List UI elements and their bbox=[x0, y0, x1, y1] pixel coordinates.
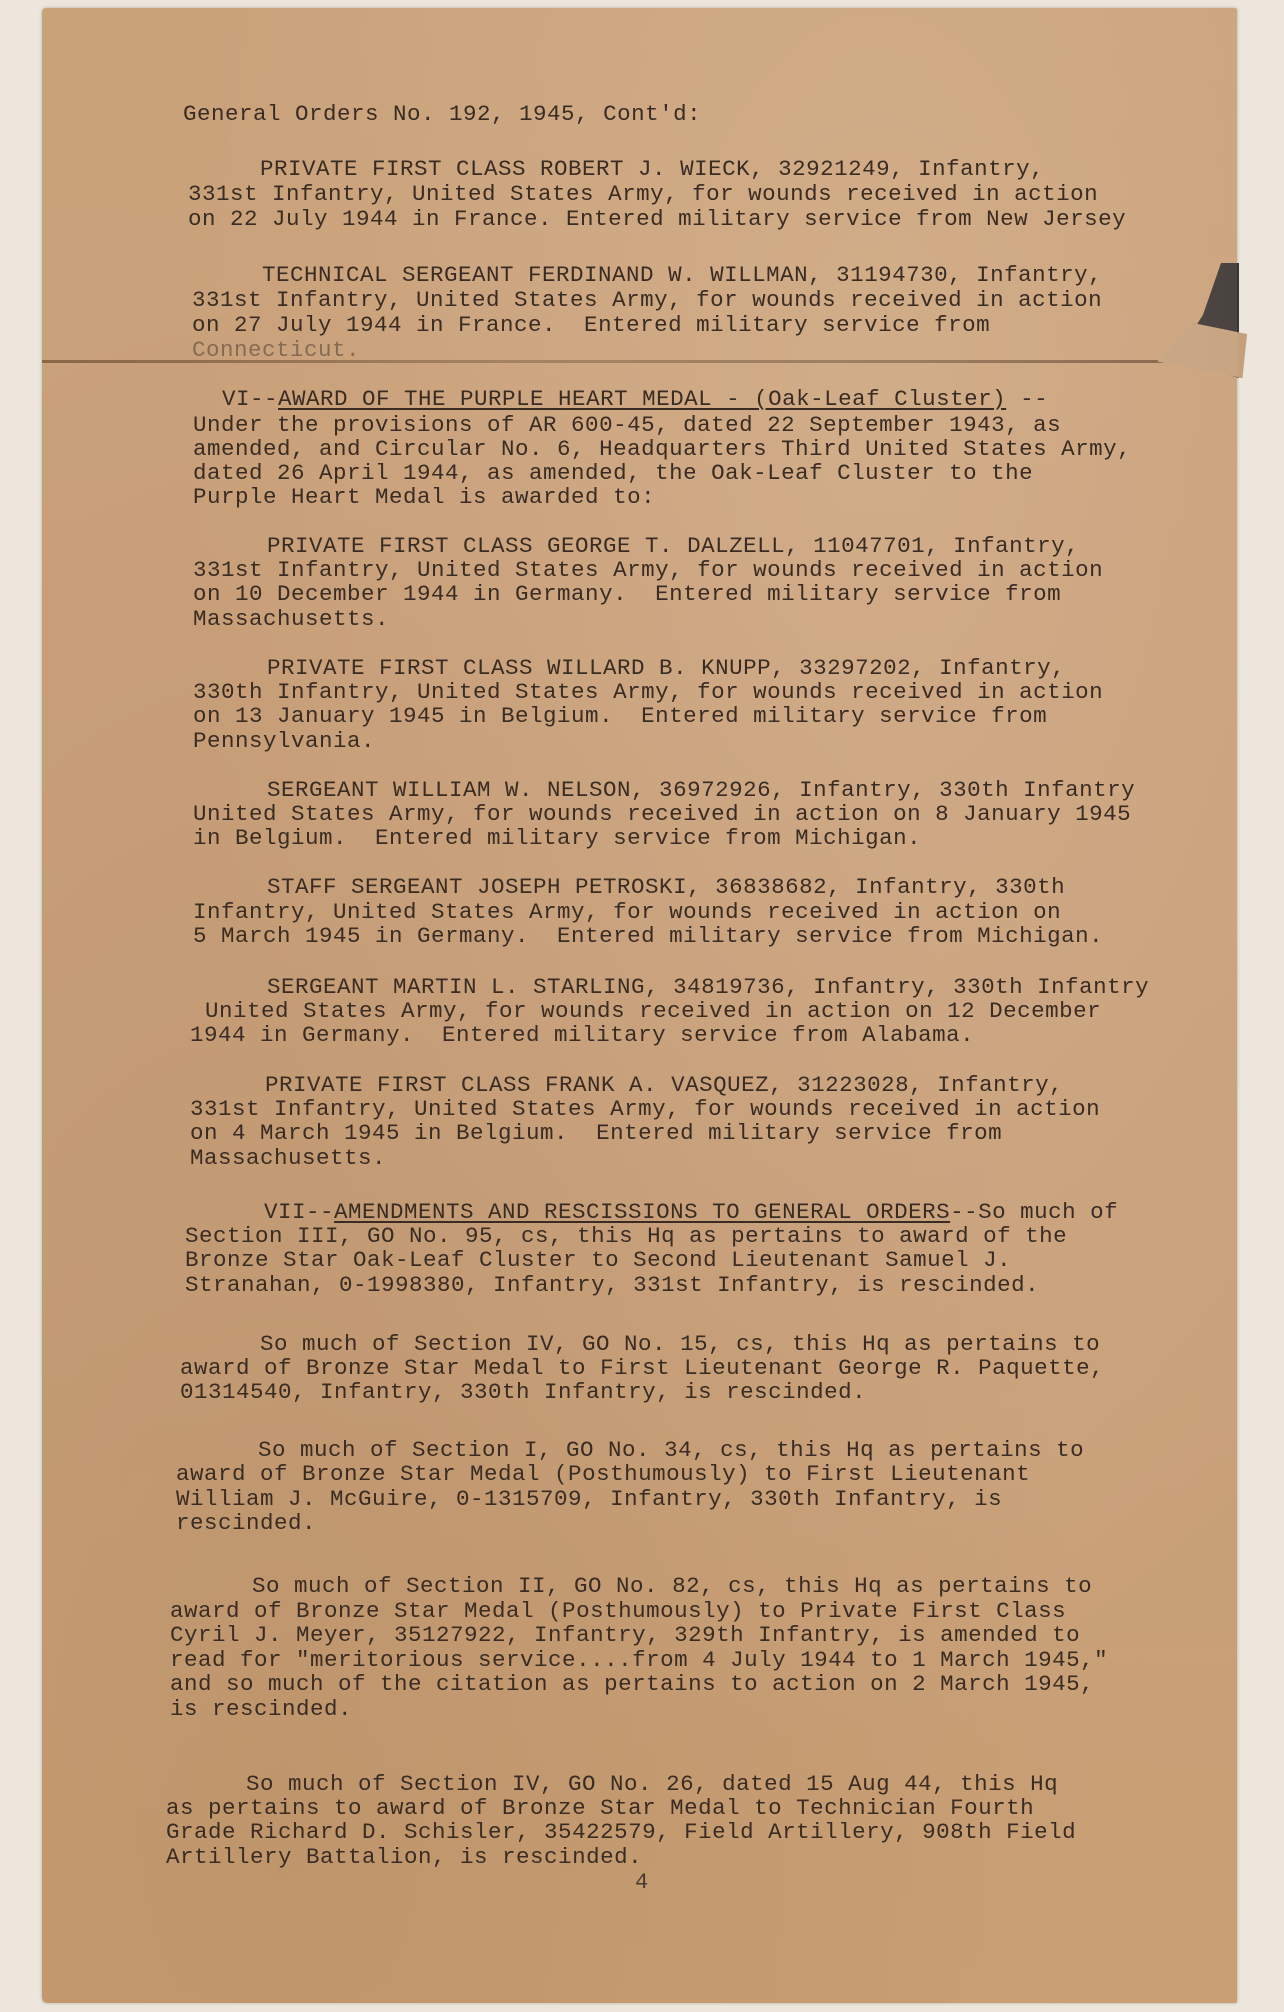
section-vii-heading: VII--AMENDMENTS AND RESCISSIONS TO GENER… bbox=[264, 1200, 1118, 1225]
torn-paper-flap bbox=[1157, 323, 1247, 378]
document-header: General Orders No. 192, 1945, Cont'd: bbox=[183, 102, 701, 127]
section-vii-title: AMENDMENTS AND RESCISSIONS TO GENERAL OR… bbox=[334, 1199, 950, 1225]
page-number: 4 bbox=[635, 1870, 649, 1895]
section-vi-title: AWARD OF THE PURPLE HEART MEDAL - (Oak-L… bbox=[278, 386, 1006, 412]
section-vi-heading: VI--AWARD OF THE PURPLE HEART MEDAL - (O… bbox=[222, 387, 1048, 412]
